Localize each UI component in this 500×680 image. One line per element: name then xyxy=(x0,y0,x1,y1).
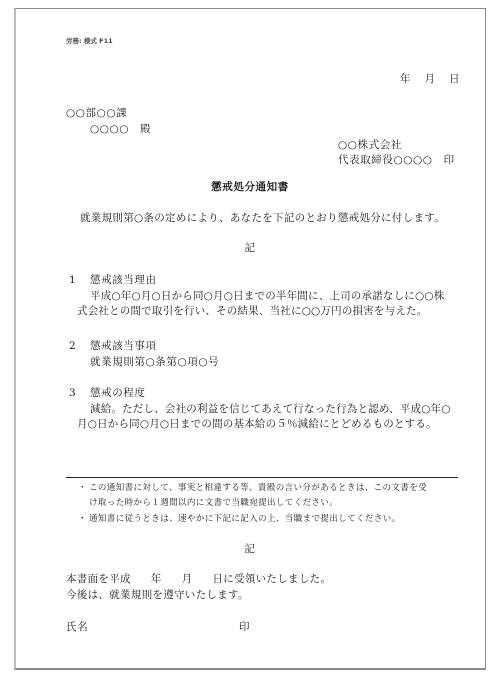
document-title: 懲戒処分通知書 xyxy=(0,180,500,194)
receipt-month: 月 xyxy=(182,573,193,585)
receipt-ki-label: 記 xyxy=(0,542,500,556)
receipt-line-1: 本書面を平成年月日に受領いたしました。 xyxy=(66,572,331,586)
recipient-name: ○○○○ 殿 xyxy=(90,122,151,136)
item-heading: 懲戒の程度 xyxy=(90,386,146,400)
receipt-prefix: 本書面を平成 xyxy=(66,573,131,585)
item-heading: 懲戒該当事項 xyxy=(90,339,157,353)
item-number: 1 xyxy=(69,273,76,287)
receipt-line-2: 今後は、就業規則を遵守いたします。 xyxy=(66,588,249,602)
item-line: 減給。ただし、会社の利益を信じてあえて行なった行為と認め、平成○年○ xyxy=(90,402,451,416)
date-month: 月 xyxy=(425,73,436,85)
note-bullet: ・ xyxy=(78,512,87,526)
form-code: 労務: 様式 F11 xyxy=(66,34,113,48)
sender-company: ○○株式会社 xyxy=(338,138,402,152)
separator-line xyxy=(66,477,458,478)
item-number: 3 xyxy=(69,386,76,400)
ki-label: 記 xyxy=(0,241,500,255)
sender-representative: 代表取締役○○○○ 印 xyxy=(338,153,455,167)
receipt-suffix: 日に受領いたしました。 xyxy=(212,573,331,585)
item-line: 月○日から同○月○日までの間の基本給の５％減給にとどめるものとする。 xyxy=(77,417,437,431)
item-line: 就業規則第○条第○項○号 xyxy=(90,355,219,369)
intro-text: 就業規則第○条の定めにより、あなたを下記のとおり懲戒処分に付します。 xyxy=(80,211,445,225)
date-line: 年月日 xyxy=(400,72,460,86)
note-line: 通知書に従うときは、速やかに下記に記入の上、当職まで提出してください。 xyxy=(89,512,401,526)
note-bullet: ・ xyxy=(78,481,87,495)
date-day: 日 xyxy=(449,73,460,85)
seal-label: 印 xyxy=(239,620,250,634)
receipt-year: 年 xyxy=(151,573,162,585)
name-label: 氏名 xyxy=(66,620,88,634)
recipient-department: ○○部○○課 xyxy=(66,106,127,120)
note-line: け取った時から１週間以内に文書で当職宛提出してください。 xyxy=(89,496,338,510)
item-line: 平成○年○月○日から同○月○日までの半年間に、上司の承諾なしに○○株 xyxy=(90,289,444,303)
item-heading: 懲戒該当理由 xyxy=(90,273,157,287)
item-number: 2 xyxy=(69,339,76,353)
item-line: 式会社との間で取引を行い、その結果、当社に○○万円の損害を与えた。 xyxy=(77,304,427,318)
date-year: 年 xyxy=(400,73,411,85)
note-line: この通知書に対して、事実と相違する等、貴殿の言い分があるときは、この文書を受 xyxy=(89,481,427,495)
